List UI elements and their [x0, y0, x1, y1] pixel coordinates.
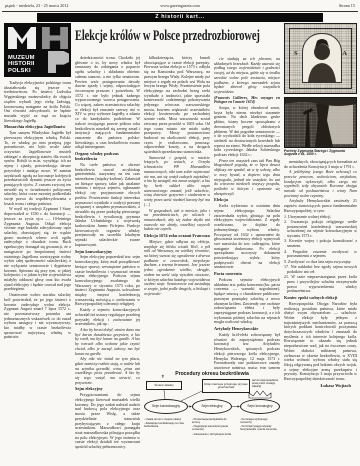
- list-item: 17. Nie nakładać bez zgody sejmu nowych …: [284, 265, 357, 274]
- paragraph: Tradycja elekcyjności polskiego tronu uk…: [4, 81, 71, 123]
- portrait-initial-right: A: [342, 52, 347, 57]
- crown-icon: [248, 390, 272, 399]
- column-1: MUZEUM HISTORII POLSKI Tradycja elekcyjn…: [4, 23, 71, 460]
- paragraph: mentalnych, obowiązujących formalnie aż …: [284, 160, 357, 169]
- paragraph: W myśl tej tradycji Zygmunt I Stary dopr…: [4, 207, 71, 292]
- list-item: 4. Pospolite ruszenie zwoływać w porozum…: [284, 250, 357, 259]
- list-item: - Negocjacje warunków (pacta conventa): [192, 425, 234, 431]
- portraits-caption: Portrety Zygmunta Starego i Zygmunta Aug…: [284, 150, 357, 158]
- diagram-interrex-note: (aż do zaprzysiężenia praw przez nowego …: [252, 379, 280, 388]
- website-url: www.gazetagazeta.com: [0, 3, 360, 8]
- cross-icon: ✝: [161, 375, 165, 380]
- diagram-death-box: Śmierć władcy: [146, 381, 182, 390]
- column-3: kilkudziesięciu, którzy łamali obowiązuj…: [144, 56, 210, 369]
- header-rule: [2, 11, 358, 12]
- block-quote: W gospodach, tak w mieście, jako i na pr…: [144, 209, 210, 233]
- portrait-arch: [302, 33, 342, 83]
- diagram-convocation-bullets: - Ustala termin i miejsce elekcji- Zawią…: [144, 418, 188, 430]
- henrician-articles-list: 1. Utrzymanie wolnej elekcji.2. Gwarancj…: [284, 215, 357, 294]
- mhp-museum-logo: MUZEUM HISTORII POLSKI: [4, 23, 71, 77]
- logo-line-2: HISTORII: [8, 61, 35, 67]
- list-item: - Ustala termin i miejsce elekcji: [144, 418, 188, 421]
- diagram-interrex-box: Rolę interrexa przejmuje prymas gnieźnie…: [202, 379, 250, 393]
- woodcut-portrait-sigismund-augustus: S A: [284, 23, 357, 94]
- page-number: Strona 15: [339, 3, 355, 8]
- block-quote: Aby nikt nie śmiał na tym placu, gdzie n…: [75, 357, 140, 385]
- paragraph: Na czele państwa w okresie bezkrólewia s…: [75, 163, 140, 248]
- paragraph: Artykuły Henrykowskie zawierały 21 zapis…: [284, 199, 357, 213]
- column-2: dziedziczności tronu. Chodziło jej główn…: [75, 56, 140, 460]
- list-item: 3. Kwestie wojny i pokoju konsultować z …: [284, 239, 357, 248]
- quoted-account: Miejsce, gdzie odbywa się elekcja, znajd…: [144, 240, 210, 296]
- logo-letter-m-icon: [8, 27, 36, 49]
- logo-line-3: POLSKI: [8, 68, 35, 74]
- block-quote: Stanowisk i gospód, w mieście leżących, …: [144, 156, 210, 208]
- paragraph: Sejm elekcyjny poprzedzał tzw. sejm konw…: [75, 255, 140, 307]
- column-4: cie siadają za ich plecami, na składanyc…: [214, 56, 280, 369]
- block-quote: Przez ten wszystek czas tak Pan Bóg błog…: [214, 159, 280, 197]
- section-heading: Organy władzy podczas bezkrólewia: [75, 152, 140, 162]
- diagram-election-bullets: - Prezentacja kandydatów do korony- Nego…: [192, 418, 234, 437]
- bust-silhouette-icon: [303, 34, 341, 82]
- author-byline: Łukasz Wojtach: [284, 384, 357, 389]
- article-headline: Elekcje królów w Polsce przedrozbiorowej: [75, 24, 281, 48]
- quoted-account: cie siadają za ich plecami, na składanyc…: [214, 57, 280, 95]
- column-5: S A Portrety Zygmunta Starego i Zygmunta…: [284, 23, 357, 460]
- block-quote: A kto by broni dobył, winien dano mu być…: [75, 328, 140, 356]
- list-item: - Prezentacja kandydatów do korony: [192, 418, 234, 424]
- paragraph: Przygotowaniami do sejmu elekcyjnego kie…: [75, 393, 140, 449]
- portrait-initial-left: S: [294, 52, 298, 57]
- paragraph: Króla wybierano w ostatnim dniu sejmu el…: [214, 204, 280, 270]
- diagram-coronation-bullets: - Koronacja wybranego monarchy- Król zap…: [240, 418, 280, 433]
- paragraph: Każdy z sejmów konwokacyjnych uchwalał t…: [75, 308, 140, 327]
- interregnum-procedure-diagram: Procedury okresu bezkrólewia ✝ Śmierć wł…: [144, 371, 280, 463]
- logo-letter-p-icon: [48, 51, 69, 73]
- list-item: - Zawiązuje konfederację na czas bezkról…: [144, 422, 188, 428]
- diagram-stage-election: Sejm elekcyjny: [192, 399, 232, 414]
- logo-letter-h-icon: [42, 27, 68, 49]
- headline-text: Elekcje królów w Polsce przedrozbiorowej: [75, 24, 260, 48]
- engraving-figure-icon: [285, 98, 356, 147]
- section-banner: Z historii kart...: [37, 13, 323, 22]
- paragraph: Każdy król-elekt zobowiązany był również…: [214, 333, 280, 369]
- paragraph: kilkudziesięciu, którzy łamali obowiązuj…: [144, 56, 210, 155]
- list-item: - Głosowanie i okrzyknięcie króla: [192, 433, 234, 436]
- list-item: - Koronacja wybranego monarchy: [240, 418, 280, 424]
- list-item: - Król zaprzysięga artykuły henrykowskie…: [240, 425, 280, 431]
- paragraph: Szopa, w której obradował senat, kryta b…: [214, 106, 280, 158]
- paragraph: Tym samym Władysław Jagiełło był pierwsz…: [4, 131, 71, 206]
- woodcut-portrait-sigismund-old: [284, 97, 357, 148]
- newspaper-page: piątek - niedziela, 23 - 25 marca 2012 w…: [0, 0, 360, 466]
- logo-wordmark: MUZEUM HISTORII POLSKI: [8, 55, 35, 74]
- quote-attribution: (Francois Callieres, Mes voyages en Polo…: [214, 96, 280, 105]
- list-item: 2. Gwarancja pokoju religijnego wedle po…: [284, 220, 357, 239]
- paragraph: Podczas sejmów elekcyjnych układano tzw.…: [214, 278, 280, 325]
- block-quote: A jeślibyśmy (czego Boże uchowaj) co prz…: [284, 170, 357, 198]
- paragraph: dziedziczności tronu. Chodziło jej główn…: [75, 56, 140, 150]
- diagram-stage-convocation: Sejm konwokacyjny: [144, 399, 188, 414]
- paragraph: Rzeczpospolita Obojga Narodów była reali…: [284, 302, 357, 382]
- list-item: 21. W razie nieprzestrzegania przez król…: [284, 275, 357, 294]
- diagram-stage-coronation: Sejm koronacyjny: [240, 399, 280, 414]
- paragraph: Ostatecznie wobec nacisku szlachty król …: [4, 293, 71, 340]
